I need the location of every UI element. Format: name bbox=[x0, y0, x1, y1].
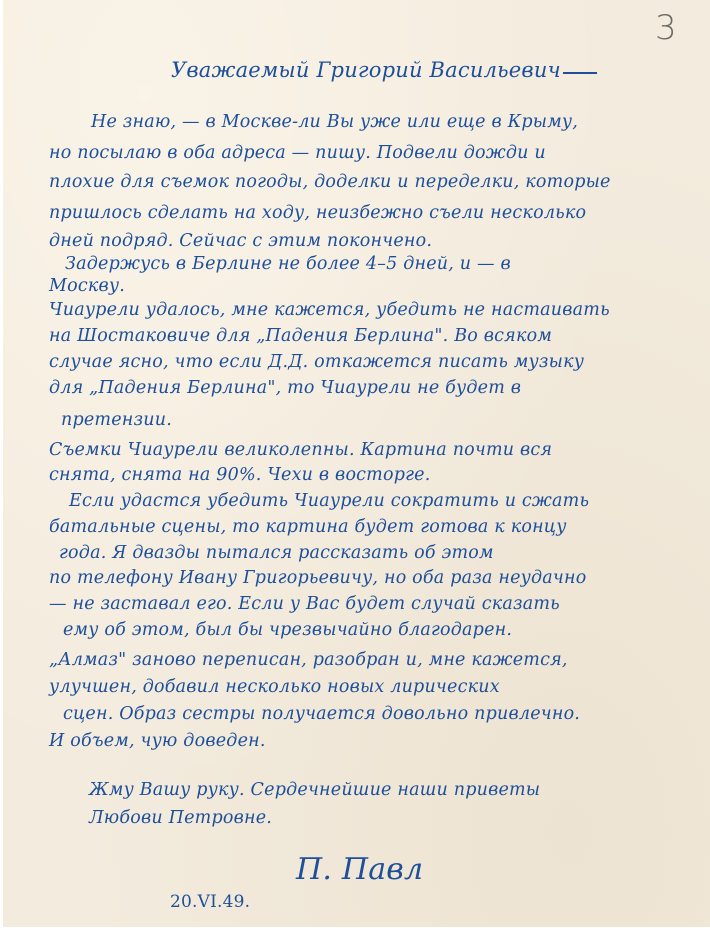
salutation: Уважаемый Григорий Васильевич bbox=[171, 58, 561, 82]
letter-line: на Шостаковиче для „Падения Берлина". Во… bbox=[49, 326, 552, 346]
letter-line: года. Я двазды пытался рассказать об это… bbox=[59, 543, 494, 563]
letter-line: Если удастся убедить Чиаурели сократить … bbox=[69, 491, 589, 511]
letter-line: „Алмаз" заново переписан, разобран и, мн… bbox=[49, 650, 568, 670]
letter-line: сцен. Образ сестры получается довольно п… bbox=[63, 704, 580, 724]
page-number: 3 bbox=[655, 8, 677, 48]
letter-line: Чиаурели удалось, мне кажется, убедить н… bbox=[49, 300, 610, 320]
letter-date: 20.VI.49. bbox=[170, 892, 250, 912]
letter-line: Жму Вашу руку. Сердечнейшие наши приветы bbox=[89, 780, 540, 800]
letter-line: И объем, чую доведен. bbox=[49, 731, 266, 751]
signature: П. Павл bbox=[296, 852, 423, 887]
letter-line: плохие для съемок погоды, доделки и пере… bbox=[49, 172, 611, 192]
letter-line: но посылаю в оба адреса — пишу. Подвели … bbox=[49, 143, 546, 163]
letter-paper: 3 Уважаемый Григорий Васильевич Не знаю,… bbox=[3, 0, 710, 927]
letter-line: Не знаю, — в Москве-ли Вы уже или еще в … bbox=[91, 112, 578, 132]
letter-line: пришлось сделать на ходу, неизбежно съел… bbox=[49, 203, 586, 223]
letter-line: снята, снята на 90%. Чехи в восторге. bbox=[49, 465, 430, 485]
letter-line: батальные сцены, то картина будет готова… bbox=[49, 517, 567, 537]
letter-line: по телефону Ивану Григорьевичу, но оба р… bbox=[49, 568, 587, 588]
letter-line: претензии. bbox=[61, 410, 172, 430]
letter-line: для „Падения Берлина", то Чиаурели не бу… bbox=[49, 378, 521, 398]
letter-line: Съемки Чиаурели великолепны. Картина поч… bbox=[49, 440, 552, 460]
letter-line: — не заставал его. Если у Вас будет случ… bbox=[49, 594, 560, 614]
letter-line: случае ясно, что если Д.Д. откажется пис… bbox=[49, 352, 584, 372]
letter-line: Любови Петровне. bbox=[89, 808, 272, 828]
letter-line: Задержусь в Берлине не более 4–5 дней, и… bbox=[65, 254, 511, 274]
letter-line: Москву. bbox=[49, 276, 125, 296]
letter-line: дней подряд. Сейчас с этим покончено. bbox=[49, 231, 432, 251]
letter-line: ему об этом, был бы чрезвычайно благодар… bbox=[63, 620, 512, 640]
letter-line: улучшен, добавил несколько новых лиричес… bbox=[49, 677, 500, 697]
